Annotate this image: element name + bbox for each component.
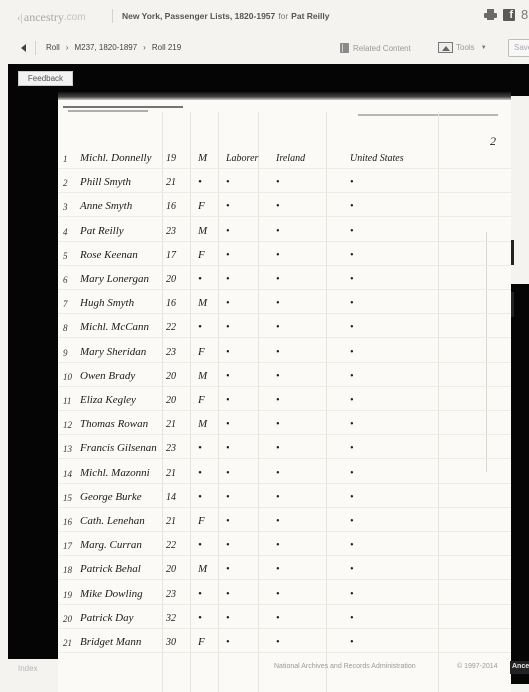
passenger-occupation: •	[226, 347, 230, 358]
passenger-country: •	[276, 201, 280, 212]
passenger-name: Eliza Kegley	[80, 394, 136, 406]
passenger-row[interactable]: 16Cath. Lenehan21F•••	[58, 517, 511, 539]
passenger-list-image[interactable]: 2 1Michl. Donnelly19MLaborerIrelandUnite…	[58, 92, 511, 684]
passenger-country: •	[276, 540, 280, 551]
passenger-name: Rose Keenan	[80, 249, 138, 261]
print-icon[interactable]	[484, 9, 497, 20]
passenger-name: Marg. Curran	[80, 539, 142, 551]
row-number: 21	[63, 638, 72, 648]
image-icon	[438, 42, 453, 53]
breadcrumb-roll-number[interactable]: Roll 219	[152, 43, 181, 52]
page-mark: 2	[490, 134, 496, 149]
passenger-country: •	[276, 637, 280, 648]
viewer-left-margin	[8, 64, 58, 659]
person-name[interactable]: Pat Reilly	[291, 11, 329, 21]
row-number: 18	[63, 565, 72, 575]
passenger-destination: •	[350, 177, 354, 188]
image-viewer[interactable]: Feedback 2 1Michl. Donnelly19MLaborerIre…	[0, 62, 529, 662]
page-top-edge	[58, 92, 511, 100]
passenger-occupation: •	[226, 322, 230, 333]
passenger-country: •	[276, 395, 280, 406]
passenger-sex: F	[198, 515, 205, 527]
passenger-sex: •	[198, 321, 202, 333]
passenger-sex: M	[198, 152, 207, 164]
navigation-bar: Roll › M237, 1820-1897 › Roll 219 Relate…	[0, 38, 529, 60]
row-number: 14	[63, 469, 72, 479]
passenger-occupation: •	[226, 419, 230, 430]
row-number: 20	[63, 614, 72, 624]
passenger-age: 17	[166, 250, 176, 261]
passenger-row[interactable]: 18Patrick Behal20M•••	[58, 565, 511, 587]
passenger-name: Bridget Mann	[80, 636, 141, 648]
passenger-occupation: •	[226, 201, 230, 212]
passenger-row[interactable]: 11Eliza Kegley20F•••	[58, 396, 511, 418]
passenger-sex: M	[198, 418, 207, 430]
passenger-name: Mary Sheridan	[80, 346, 146, 358]
passenger-destination: •	[350, 298, 354, 309]
passenger-destination: •	[350, 201, 354, 212]
passenger-age: 20	[166, 395, 176, 406]
passenger-name: Michl. McCann	[80, 321, 149, 333]
passenger-age: 23	[166, 347, 176, 358]
ink-smudge	[358, 114, 498, 116]
passenger-sex: F	[198, 346, 205, 358]
row-number: 13	[63, 444, 72, 454]
passenger-row[interactable]: 21Bridget Mann30F•••	[58, 638, 511, 660]
ink-smudge	[68, 110, 148, 112]
passenger-sex: •	[198, 491, 202, 503]
book-icon	[340, 43, 349, 53]
passenger-row[interactable]: 1Michl. Donnelly19MLaborerIrelandUnited …	[58, 154, 511, 176]
passenger-occupation: •	[226, 177, 230, 188]
ancestry-logo[interactable]: ‹| ancestry.com	[17, 10, 86, 25]
passenger-sex: •	[198, 442, 202, 454]
passenger-row[interactable]: 5Rose Keenan17F•••	[58, 251, 511, 273]
passenger-occupation: •	[226, 395, 230, 406]
passenger-age: 23	[166, 226, 176, 237]
divider	[112, 9, 113, 23]
passenger-sex: F	[198, 636, 205, 648]
passenger-sex: •	[198, 539, 202, 551]
index-link[interactable]: Index	[18, 664, 38, 673]
passenger-occupation: •	[226, 637, 230, 648]
passenger-row[interactable]: 12Thomas Rowan21M•••	[58, 420, 511, 442]
passenger-row[interactable]: 19Mike Dowling23••••	[58, 590, 511, 612]
passenger-age: 20	[166, 274, 176, 285]
viewer-right-margin	[511, 284, 529, 684]
passenger-age: 21	[166, 177, 176, 188]
row-number: 6	[63, 275, 68, 285]
google-plus-icon[interactable]: 8	[521, 7, 529, 22]
passenger-row[interactable]: 2Phill Smyth21••••	[58, 178, 511, 200]
passenger-country: •	[276, 226, 280, 237]
passenger-sex: F	[198, 394, 205, 406]
passenger-name: Mike Dowling	[80, 588, 143, 600]
passenger-row[interactable]: 4Pat Reilly23M•••	[58, 227, 511, 249]
passenger-sex: F	[198, 249, 205, 261]
source-credit: National Archives and Records Administra…	[274, 663, 416, 670]
passenger-sex: •	[198, 273, 202, 285]
passenger-country: •	[276, 443, 280, 454]
leaf-logo-icon: ‹|	[17, 12, 23, 24]
passenger-age: 19	[166, 153, 176, 164]
passenger-name: Patrick Day	[80, 612, 133, 624]
passenger-destination: •	[350, 492, 354, 503]
passenger-age: 16	[166, 298, 176, 309]
passenger-destination: •	[350, 347, 354, 358]
passenger-sex: F	[198, 200, 205, 212]
ink-smudge	[63, 106, 183, 108]
passenger-sex: •	[198, 176, 202, 188]
passenger-country: •	[276, 613, 280, 624]
passenger-country: •	[276, 322, 280, 333]
row-number: 17	[63, 541, 72, 551]
passenger-destination: •	[350, 226, 354, 237]
row-number: 9	[63, 348, 68, 358]
passenger-sex: M	[198, 297, 207, 309]
passenger-name: Mary Lonergan	[80, 273, 149, 285]
passenger-name: Thomas Rowan	[80, 418, 148, 430]
passenger-age: 21	[166, 516, 176, 527]
row-number: 5	[63, 251, 68, 261]
passenger-destination: •	[350, 250, 354, 261]
back-arrow-icon[interactable]	[21, 44, 26, 52]
passenger-row[interactable]: 15George Burke14••••	[58, 493, 511, 515]
passenger-destination: •	[350, 637, 354, 648]
passenger-occupation: •	[226, 443, 230, 454]
passenger-occupation: Laborer	[226, 153, 258, 164]
save-button[interactable]: Save	[508, 39, 529, 57]
passenger-destination: United States	[350, 153, 404, 164]
tools-button[interactable]: Tools ▼	[438, 42, 487, 53]
passenger-row[interactable]: 8Michl. McCann22••••	[58, 323, 511, 345]
passenger-destination: •	[350, 395, 354, 406]
passenger-country: •	[276, 177, 280, 188]
passenger-row[interactable]: 7Hugh Smyth16M•••	[58, 299, 511, 321]
passenger-name: Phill Smyth	[80, 176, 131, 188]
passenger-country: •	[276, 274, 280, 285]
passenger-destination: •	[350, 468, 354, 479]
passenger-name: Owen Brady	[80, 370, 135, 382]
passenger-occupation: •	[226, 540, 230, 551]
passenger-country: •	[276, 371, 280, 382]
passenger-occupation: •	[226, 298, 230, 309]
passenger-name: Michl. Donnelly	[80, 152, 151, 164]
row-number: 4	[63, 227, 68, 237]
passenger-sex: M	[198, 370, 207, 382]
divider	[35, 41, 36, 55]
passenger-sex: •	[198, 588, 202, 600]
passenger-age: 16	[166, 201, 176, 212]
passenger-country: •	[276, 298, 280, 309]
passenger-name: Francis Gilsenan	[80, 442, 157, 454]
breadcrumb-series[interactable]: M237, 1820-1897	[74, 43, 137, 52]
passenger-destination: •	[350, 274, 354, 285]
passenger-age: 21	[166, 468, 176, 479]
passenger-row[interactable]: 14Michl. Mazonni21••••	[58, 469, 511, 491]
passenger-sex: •	[198, 467, 202, 479]
passenger-destination: •	[350, 419, 354, 430]
collection-title: New York, Passenger Lists, 1820-1957forP…	[122, 11, 329, 21]
copyright: © 1997-2014	[457, 663, 498, 670]
passenger-age: 20	[166, 564, 176, 575]
passenger-country: •	[276, 468, 280, 479]
breadcrumb: Roll › M237, 1820-1897 › Roll 219	[46, 43, 181, 52]
passenger-country: •	[276, 564, 280, 575]
passenger-sex: M	[198, 563, 207, 575]
share-icons: f 8	[484, 7, 529, 22]
passenger-row[interactable]: 10Owen Brady20M•••	[58, 372, 511, 394]
passenger-row[interactable]: 13Francis Gilsenan23••••	[58, 444, 511, 466]
passenger-destination: •	[350, 540, 354, 551]
row-number: 10	[63, 372, 72, 382]
passenger-age: 20	[166, 371, 176, 382]
passenger-row[interactable]: 20Patrick Day32••••	[58, 614, 511, 636]
passenger-occupation: •	[226, 564, 230, 575]
passenger-name: Michl. Mazonni	[80, 467, 150, 479]
passenger-sex: M	[198, 225, 207, 237]
passenger-age: 32	[166, 613, 176, 624]
row-number: 7	[63, 299, 68, 309]
passenger-destination: •	[350, 322, 354, 333]
passenger-destination: •	[350, 564, 354, 575]
passenger-occupation: •	[226, 250, 230, 261]
passenger-age: 22	[166, 540, 176, 551]
passenger-country: •	[276, 347, 280, 358]
passenger-occupation: •	[226, 226, 230, 237]
passenger-country: •	[276, 419, 280, 430]
passenger-destination: •	[350, 371, 354, 382]
passenger-row[interactable]: 17Marg. Curran22••••	[58, 541, 511, 563]
passenger-name: Pat Reilly	[80, 225, 124, 237]
row-number: 8	[63, 323, 68, 333]
passenger-age: 14	[166, 492, 176, 503]
passenger-age: 23	[166, 443, 176, 454]
passenger-name: Patrick Behal	[80, 563, 141, 575]
top-bar: ‹| ancestry.com New York, Passenger List…	[0, 0, 529, 32]
passenger-row[interactable]: 9Mary Sheridan23F•••	[58, 348, 511, 370]
row-number: 19	[63, 590, 72, 600]
passenger-country: Ireland	[276, 153, 305, 164]
passenger-country: •	[276, 589, 280, 600]
passenger-occupation: •	[226, 516, 230, 527]
passenger-country: •	[276, 492, 280, 503]
passenger-sex: •	[198, 612, 202, 624]
row-number: 15	[63, 493, 72, 503]
row-number: 3	[63, 202, 68, 212]
facebook-icon[interactable]: f	[503, 9, 515, 21]
brand-tab[interactable]: Ancestry	[510, 661, 529, 674]
passenger-name: Cath. Lenehan	[80, 515, 145, 527]
caret-down-icon: ▼	[481, 45, 487, 51]
chevron-right-icon: ›	[66, 43, 69, 52]
passenger-name: Hugh Smyth	[80, 297, 134, 309]
passenger-occupation: •	[226, 274, 230, 285]
row-number: 16	[63, 517, 72, 527]
footer: Index National Archives and Records Admi…	[0, 660, 529, 684]
passenger-name: George Burke	[80, 491, 142, 503]
passenger-occupation: •	[226, 468, 230, 479]
row-number: 2	[63, 178, 68, 188]
passenger-occupation: •	[226, 371, 230, 382]
related-content-button[interactable]: Related Content	[340, 43, 411, 53]
scan-mark	[511, 240, 514, 265]
passenger-country: •	[276, 516, 280, 527]
passenger-destination: •	[350, 589, 354, 600]
row-number: 12	[63, 420, 72, 430]
passenger-occupation: •	[226, 613, 230, 624]
passenger-row[interactable]: 3Anne Smyth16F•••	[58, 202, 511, 224]
passenger-age: 23	[166, 589, 176, 600]
passenger-age: 30	[166, 637, 176, 648]
feedback-button[interactable]: Feedback	[18, 71, 73, 86]
passenger-occupation: •	[226, 589, 230, 600]
passenger-occupation: •	[226, 492, 230, 503]
passenger-destination: •	[350, 613, 354, 624]
chevron-right-icon: ›	[143, 43, 146, 52]
row-number: 11	[63, 396, 71, 406]
breadcrumb-roll[interactable]: Roll	[46, 43, 60, 52]
passenger-destination: •	[350, 443, 354, 454]
scan-mark	[511, 292, 514, 317]
passenger-country: •	[276, 250, 280, 261]
passenger-name: Anne Smyth	[80, 200, 132, 212]
passenger-age: 21	[166, 419, 176, 430]
passenger-row[interactable]: 6Mary Lonergan20••••	[58, 275, 511, 297]
passenger-destination: •	[350, 516, 354, 527]
row-number: 1	[63, 154, 68, 164]
passenger-age: 22	[166, 322, 176, 333]
